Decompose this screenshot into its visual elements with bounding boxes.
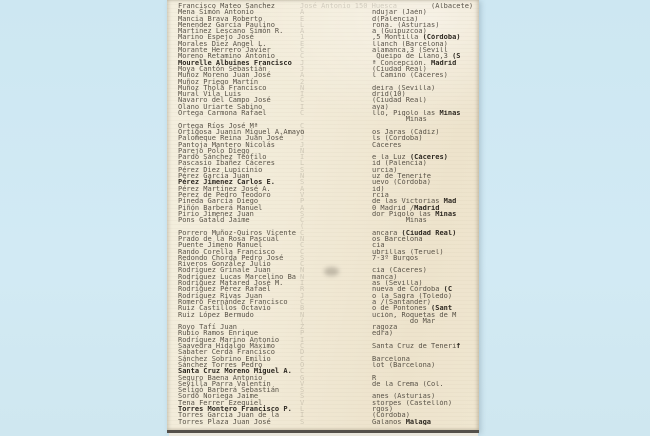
person-name: Torres Plaza Juan José bbox=[178, 419, 300, 425]
location-bold-text: Málaga bbox=[406, 419, 431, 425]
scanned-page: Francisco Mateo SanchezJosé Antonio 150 … bbox=[167, 0, 479, 433]
typed-name-list: Francisco Mateo SanchezJosé Antonio 150 … bbox=[167, 3, 479, 425]
faded-address-text: S bbox=[300, 419, 372, 425]
list-row: Torres Plaza Juan JoséSGalanos Málaga bbox=[167, 419, 479, 425]
location-text: Galanos Málaga bbox=[372, 419, 478, 425]
